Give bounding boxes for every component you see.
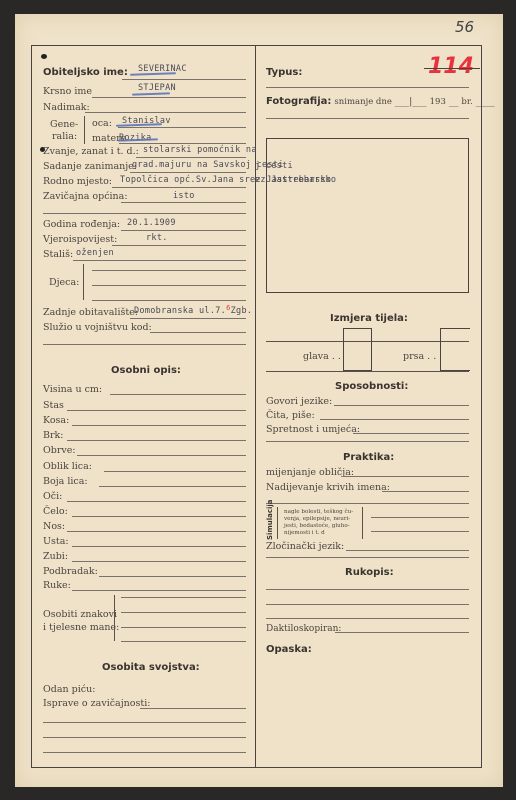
pd-label-12: Podbradak: bbox=[43, 566, 98, 577]
drinking-label: Odan piću: bbox=[43, 684, 95, 695]
simulation-text-2: venja, epilepsije, neuri- bbox=[284, 516, 350, 523]
first-name-value[interactable]: STJEPAN bbox=[138, 83, 176, 93]
family-name-line bbox=[122, 79, 246, 80]
strikethrough-line bbox=[424, 68, 480, 69]
blank-line bbox=[43, 722, 246, 723]
disguise-label: mijenjanje obličja: bbox=[266, 467, 354, 478]
religion-value[interactable]: rkt. bbox=[146, 233, 168, 243]
home-municipality-line bbox=[121, 202, 246, 203]
military-service-line bbox=[150, 332, 246, 333]
simulation-right-bracket bbox=[362, 507, 363, 539]
pd-line-3[interactable] bbox=[67, 440, 246, 441]
measure-bottom-line bbox=[266, 371, 469, 372]
birth-date-label: Godina rođenja: bbox=[43, 219, 120, 230]
pd-line-6[interactable] bbox=[99, 486, 246, 487]
special-marks-label-1: Osobiti znakovi bbox=[43, 609, 117, 620]
pd-line-2[interactable] bbox=[72, 425, 246, 426]
overflow-text-1: j cesti bbox=[255, 161, 293, 171]
blank-line bbox=[266, 441, 469, 442]
pd-line-12[interactable] bbox=[99, 576, 246, 577]
fingerprinted-line bbox=[335, 632, 469, 633]
documents-line bbox=[140, 708, 246, 709]
pd-label-0: Visina u cm: bbox=[43, 384, 102, 395]
pd-label-9: Nos: bbox=[43, 521, 65, 532]
pd-label-13: Ruke: bbox=[43, 580, 71, 591]
languages-line bbox=[334, 405, 469, 406]
handwriting-title: Rukopis: bbox=[345, 567, 394, 578]
pd-line-8[interactable] bbox=[72, 516, 246, 517]
profession-value[interactable]: stolarski pomoćnik na bbox=[143, 145, 257, 155]
first-name-line bbox=[92, 97, 246, 98]
pd-line-5[interactable] bbox=[104, 471, 246, 472]
nickname-line bbox=[85, 112, 246, 113]
special-marks-bracket bbox=[114, 595, 115, 641]
children-bracket bbox=[83, 264, 84, 300]
special-marks-label-2: i tjelesne mane: bbox=[43, 622, 119, 633]
head-measure-box[interactable] bbox=[343, 328, 372, 371]
religion-label: Vjeroispovijest: bbox=[43, 234, 117, 245]
children-line-1 bbox=[92, 270, 246, 271]
pd-line-7[interactable] bbox=[67, 501, 246, 502]
pd-label-5: Oblik lica: bbox=[43, 461, 92, 472]
pd-line-11[interactable] bbox=[72, 561, 246, 562]
photo-line bbox=[266, 118, 469, 119]
profession-line bbox=[136, 157, 246, 158]
disguise-line bbox=[344, 476, 469, 477]
first-name-label: Krsno ime bbox=[43, 86, 92, 97]
last-residence-street: Domobranska ul.7. bbox=[134, 306, 226, 316]
aliases-line bbox=[382, 491, 469, 492]
simulation-line-1 bbox=[371, 517, 469, 518]
simulation-text-4: nijemosti i t. d bbox=[284, 530, 325, 537]
father-line bbox=[118, 127, 246, 128]
pd-line-13[interactable] bbox=[72, 590, 246, 591]
simulation-line-2 bbox=[371, 531, 469, 532]
pd-label-3: Brk: bbox=[43, 430, 63, 441]
last-residence-value[interactable]: Domobranska ul.7.6Zgb. bbox=[134, 306, 252, 316]
pd-line-10[interactable] bbox=[72, 546, 246, 547]
children-line-3 bbox=[92, 300, 246, 301]
pd-line-0[interactable] bbox=[110, 394, 246, 395]
marital-status-label: Stališ: bbox=[43, 249, 73, 260]
photo-year: 193 bbox=[430, 97, 446, 107]
pd-label-1: Stas bbox=[43, 400, 64, 411]
photo-box[interactable] bbox=[266, 138, 469, 293]
abilities-title: Sposobnosti: bbox=[335, 381, 408, 392]
head-label: glava . . bbox=[303, 351, 341, 362]
special-traits-title: Osobita svojstva: bbox=[102, 662, 200, 673]
pd-label-7: Oči: bbox=[43, 491, 62, 502]
handwriting-line-3 bbox=[266, 618, 469, 619]
reads-writes-line bbox=[320, 419, 469, 420]
special-marks-line-1 bbox=[121, 597, 246, 598]
children-label: Djeca: bbox=[49, 277, 79, 288]
personal-description-title: Osobni opis: bbox=[111, 365, 181, 376]
pd-label-10: Usta: bbox=[43, 536, 69, 547]
simulation-text-3: jesti, bedastoće, gluho- bbox=[284, 523, 350, 530]
photo-number-label: br. bbox=[461, 97, 472, 107]
skills-line bbox=[353, 433, 469, 434]
photo-label: Fotografija: bbox=[266, 96, 331, 107]
blank-line bbox=[266, 557, 469, 558]
marital-status-value[interactable]: oženjen bbox=[76, 248, 114, 258]
pd-label-4: Obrve: bbox=[43, 445, 76, 456]
special-marks-line-2 bbox=[121, 612, 246, 613]
practice-title: Praktika: bbox=[343, 452, 394, 463]
religion-line bbox=[112, 245, 246, 246]
blank-line bbox=[43, 344, 246, 345]
last-residence-line bbox=[130, 318, 246, 319]
generalia-bracket bbox=[84, 116, 85, 144]
page-number: 56 bbox=[455, 18, 474, 36]
birthplace-label: Rodno mjesto: bbox=[43, 176, 112, 187]
pd-label-11: Zubi: bbox=[43, 551, 68, 562]
handwriting-line-1 bbox=[266, 589, 469, 590]
fingerprinted-label: Daktiloskopiran: bbox=[266, 624, 341, 635]
type-line bbox=[266, 87, 469, 88]
remark-title: Opaska: bbox=[266, 644, 312, 655]
marital-status-line bbox=[73, 260, 246, 261]
skills-label: Spretnost i umjeća: bbox=[266, 424, 360, 435]
current-occupation-line bbox=[130, 172, 246, 173]
home-municipality-label: Zavičajna općina: bbox=[43, 191, 128, 202]
birthplace-line bbox=[112, 187, 246, 188]
documents-label: Isprave o zavičajnosti: bbox=[43, 698, 150, 709]
mother-line bbox=[119, 143, 246, 144]
measurements-title: Izmjera tijela: bbox=[330, 313, 408, 324]
pd-label-2: Kosa: bbox=[43, 415, 69, 426]
pd-label-8: Čelo: bbox=[43, 506, 68, 517]
father-label: oca: bbox=[92, 118, 112, 129]
blank-line bbox=[266, 503, 469, 504]
simulation-label: Simulacija bbox=[266, 499, 274, 540]
handwriting-line-2 bbox=[266, 604, 469, 605]
photo-taken-label: snimanje dne bbox=[334, 97, 391, 107]
blank-line bbox=[43, 752, 246, 753]
type-label: Typus: bbox=[266, 67, 302, 78]
last-residence-city: Zgb. bbox=[231, 306, 253, 316]
birth-date-line bbox=[121, 230, 246, 231]
nickname-label: Nadimak: bbox=[43, 102, 90, 113]
reads-writes-label: Čita, piše: bbox=[266, 410, 315, 421]
special-marks-line-3 bbox=[121, 627, 246, 628]
military-service-label: Služio u vojništvu kod: bbox=[43, 322, 152, 333]
simulation-bracket bbox=[277, 507, 278, 539]
pd-line-4[interactable] bbox=[77, 455, 246, 456]
current-occupation-label: Sadanje zanimanje: bbox=[43, 161, 137, 172]
pd-label-6: Boja lica: bbox=[43, 476, 88, 487]
aliases-label: Nadijevanje krivih imena: bbox=[266, 482, 390, 493]
blank-line bbox=[43, 213, 246, 214]
last-residence-label: Zadnje obitavalište: bbox=[43, 307, 138, 318]
chest-measure-box[interactable] bbox=[440, 328, 470, 371]
birth-date-value[interactable]: 20.1.1909 bbox=[127, 218, 176, 228]
family-name-label: Obiteljsko ime: bbox=[43, 67, 128, 78]
generalia-label-1: Gene- bbox=[50, 119, 78, 130]
pd-line-1[interactable] bbox=[67, 410, 246, 411]
generalia-label-2: ralia: bbox=[52, 131, 77, 142]
red-correction: 6 bbox=[226, 304, 231, 312]
criminal-slang-label: Zločinački jezik: bbox=[266, 541, 344, 552]
simulation-text-1: nagle bolesti, teškog ču- bbox=[284, 509, 353, 516]
blank-line bbox=[43, 737, 246, 738]
ink-dot bbox=[41, 54, 47, 59]
special-marks-line-4 bbox=[121, 641, 246, 642]
pd-line-9[interactable] bbox=[67, 531, 246, 532]
overflow-text-2: ez Jastrebarsko bbox=[255, 175, 336, 185]
record-number: 114 bbox=[428, 54, 474, 79]
children-line-2 bbox=[92, 285, 246, 286]
chest-label: prsa . . bbox=[403, 351, 436, 362]
home-municipality-value[interactable]: isto bbox=[173, 191, 195, 201]
profession-label: Zvanje, zanat i t. d.: bbox=[43, 146, 139, 157]
photo-row: Fotografija: snimanje dne ___|___ 193 __… bbox=[266, 96, 495, 108]
languages-label: Govori jezike: bbox=[266, 396, 332, 407]
criminal-slang-line bbox=[346, 550, 469, 551]
